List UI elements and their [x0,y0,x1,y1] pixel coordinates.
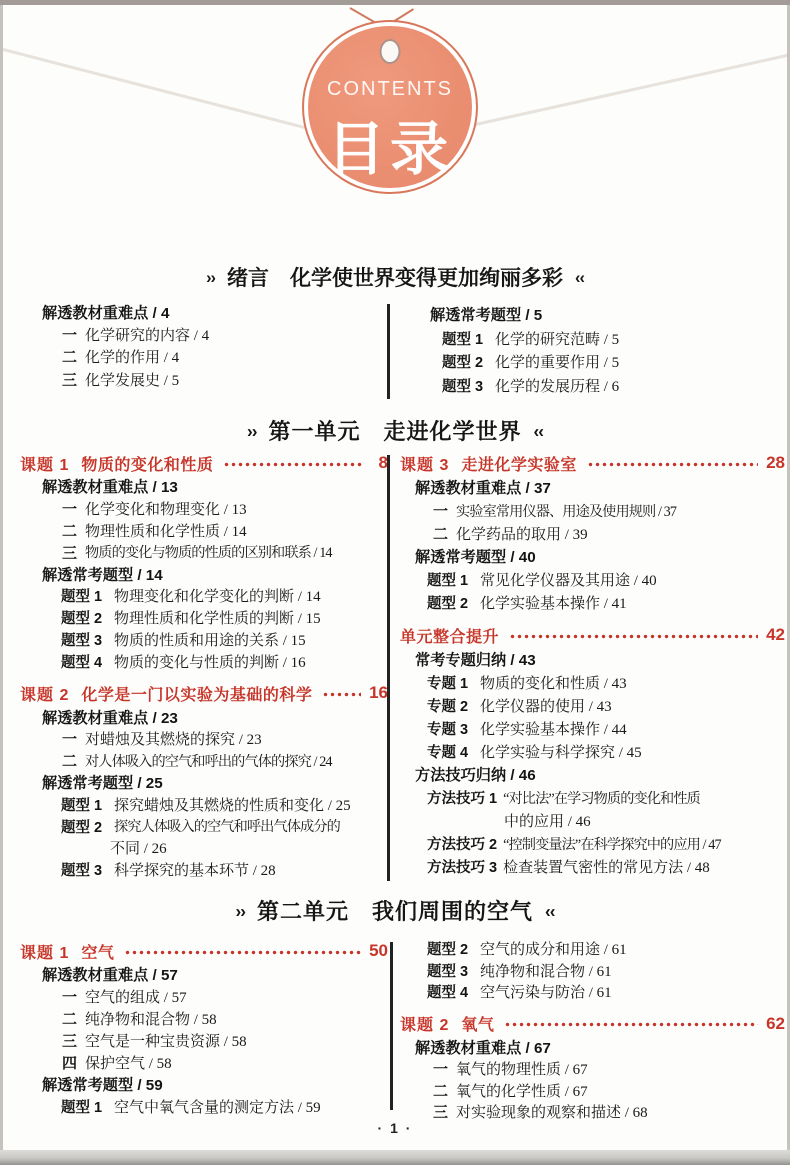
toc-entry-row: 专题 1物质的变化和性质 / 43 [400,671,785,694]
toc-entry-row: 专题 4化学实验与科学探究 / 45 [400,740,785,763]
toc-chapter-row: 单元整合提升42 [400,622,785,648]
chevron-open-icon: ›› [236,901,245,921]
chapter-page-number: 16 [369,683,388,703]
toc-entry-row: 三空气是一种宝贵资源 / 58 [20,1030,388,1052]
toc-heading-row: 解透常考题型 / 5 [415,303,787,327]
toc-entry-row: 一空气的组成 / 57 [20,986,388,1008]
entry-text: 氧气的化学性质 / 67 [456,1080,588,1101]
chevron-close-icon: ‹‹ [534,421,543,441]
toc-heading-row: 解透常考题型 / 14 [20,563,388,585]
entry-text: 物理性质和化学性质 / 14 [85,520,247,541]
entry-marker: 一 [62,324,83,345]
entry-text: 常见化学仪器及其用途 / 40 [480,569,657,590]
toc-heading-row: 解透教材重难点 / 13 [20,476,388,498]
toc-entry-row: 题型 3物质的性质和用途的关系 / 15 [20,629,388,651]
chapter-page-number: 50 [369,941,388,961]
chapter-page-number: 8 [372,453,388,473]
chapter-label: 课题 2 [20,682,69,705]
toc-entry-row: 题型 1化学的研究范畴 / 5 [415,327,787,351]
column-divider-unit1 [387,455,390,881]
entry-text: 检查装置气密性的常见方法 / 48 [503,856,710,877]
entry-text: 化学的发展历程 / 6 [495,375,619,396]
section-title-unit2: ››第二单元 我们周围的空气‹‹ [3,895,787,926]
badge-mulu-title: 目录 [308,102,472,186]
entry-text: 对蜡烛及其燃烧的探究 / 23 [85,728,262,749]
photo-edge-bottom [0,1150,790,1165]
section-title-intro: ››绪言 化学使世界变得更加绚丽多彩‹‹ [3,262,787,292]
entry-marker: 题型 1 [427,569,474,590]
entry-marker: 专题 1 [427,672,474,693]
dotted-leader [322,692,361,697]
entry-marker: 题型 1 [61,794,108,815]
toc-entry-row: 题型 1空气中氧气含量的测定方法 / 59 [20,1095,388,1117]
toc-entry-row: 三物质的变化与物质的性质的区别和联系 / 14 [20,541,388,563]
entry-marker: 题型 2 [427,592,474,613]
toc-entry-row: 一实验室常用仪器、用途及使用规则 / 37 [400,499,785,522]
heading-text: 常考专题归纳 / 43 [415,649,536,670]
toc-column-intro-right: 解透常考题型 / 5题型 1化学的研究范畴 / 5题型 2化学的重要作用 / 5… [415,303,787,397]
heading-text: 解透教材重难点 / 67 [415,1037,551,1058]
toc-column-unit2-left: 课题 1空气50解透教材重难点 / 57一空气的组成 / 57二纯净物和混合物 … [20,938,388,1117]
toc-entry-row: 题型 4物质的变化与性质的判断 / 16 [20,650,388,672]
entry-marker: 题型 3 [61,859,108,880]
chapter-page-number: 28 [766,453,785,473]
entry-marker: 题型 2 [61,607,108,628]
entry-marker: 二 [62,520,83,541]
entry-text: 化学的作用 / 4 [85,346,179,367]
entry-marker: 专题 4 [427,741,474,762]
toc-entry-row: 题型 1常见化学仪器及其用途 / 40 [400,568,785,591]
entry-marker: 二 [433,1080,454,1101]
toc-entry-row: 一氧气的物理性质 / 67 [400,1058,785,1080]
chapter-page-number: 42 [766,625,785,645]
chapter-title: 氧气 [461,1012,494,1035]
entry-marker: 三 [62,369,83,390]
entry-text: 化学发展史 / 5 [85,369,179,390]
entry-marker: 三 [62,542,83,563]
toc-heading-row: 解透教材重难点 / 57 [20,964,388,986]
entry-marker: 一 [433,500,454,521]
entry-marker: 题型 1 [442,328,489,349]
dotted-leader [124,950,361,955]
entry-text: 化学研究的内容 / 4 [85,324,209,345]
page-number: · 1 · [3,1120,787,1136]
heading-text: 解透教材重难点 / 4 [42,302,169,323]
toc-entry-row: 二化学的作用 / 4 [20,346,385,368]
chapter-title: 走进化学实验室 [461,452,577,475]
toc-entry-row: 题型 2化学实验基本操作 / 41 [400,591,785,614]
entry-text: 空气的成分和用途 / 61 [480,938,627,959]
heading-text: 解透教材重难点 / 57 [42,964,178,985]
entry-text-continued: 不同 / 26 [110,837,167,858]
entry-text: 空气是一种宝贵资源 / 58 [85,1030,247,1051]
toc-chapter-row: 课题 1空气50 [20,938,388,964]
entry-text: 物理变化和化学变化的判断 / 14 [114,585,321,606]
chevron-close-icon: ‹‹ [545,901,554,921]
toc-column-intro-left: 解透教材重难点 / 4一化学研究的内容 / 4二化学的作用 / 4三化学发展史 … [20,301,385,391]
entry-text: “对比法”在学习物质的变化和性质 [503,788,700,808]
contents-badge-inner: CONTENTS 目录 [308,26,472,188]
chapter-label: 课题 1 [20,452,69,475]
toc-entry-row: 二纯净物和混合物 / 58 [20,1008,388,1030]
chapter-label: 课题 1 [20,940,69,963]
entry-text: 氧气的物理性质 / 67 [456,1058,588,1079]
entry-text: 探究蜡烛及其燃烧的性质和变化 / 25 [114,794,351,815]
section-title-unit2-text: 第二单元 我们周围的空气 [257,899,533,924]
entry-marker: 题型 3 [61,629,108,650]
entry-marker: 四 [62,1052,83,1073]
toc-chapter-row: 课题 2化学是一门以实验为基础的科学16 [20,680,388,706]
badge-hole-icon [380,39,401,64]
entry-text: 空气污染与防治 / 61 [480,981,612,1002]
entry-text: 化学实验基本操作 / 41 [480,592,627,613]
chapter-title: 物质的变化和性质 [81,452,213,475]
section-title-intro-text: 绪言 化学使世界变得更加绚丽多彩 [227,267,563,290]
entry-text: 化学药品的取用 / 39 [456,523,588,544]
envelope-flap-line-right [462,51,787,129]
entry-text: 纯净物和混合物 / 58 [85,1008,217,1029]
toc-entry-row: 方法技巧 1“对比法”在学习物质的变化和性质 [400,786,785,809]
dotted-leader [223,462,364,467]
toc-entry-row: 专题 3化学实验基本操作 / 44 [400,717,785,740]
toc-heading-row: 解透教材重难点 / 23 [20,706,388,728]
toc-entry-row: 二对人体吸入的空气和呼出的气体的探究 / 24 [20,750,388,772]
heading-text: 解透常考题型 / 40 [415,546,536,567]
entry-text: 对人体吸入的空气和呼出的气体的探究 / 24 [85,751,332,771]
entry-marker: 二 [62,750,83,771]
heading-text: 解透教材重难点 / 13 [42,476,178,497]
entry-marker: 题型 4 [427,981,474,1002]
entry-marker: 专题 3 [427,718,474,739]
toc-entry-row: 二物理性质和化学性质 / 14 [20,520,388,542]
entry-marker: 题型 2 [427,938,474,959]
toc-column-unit1-left: 课题 1物质的变化和性质8解透教材重难点 / 13一化学变化和物理变化 / 13… [20,450,388,881]
dotted-leader [587,462,758,467]
toc-entry-row: 方法技巧 2“控制变量法”在科学探究中的应用 / 47 [400,832,785,855]
toc-heading-row: 解透常考题型 / 40 [400,545,785,568]
entry-text: 化学实验与科学探究 / 45 [480,741,642,762]
entry-text: 保护空气 / 58 [85,1052,172,1073]
toc-entry-row: 一化学变化和物理变化 / 13 [20,498,388,520]
entry-text: 化学实验基本操作 / 44 [480,718,627,739]
toc-entry-row: 一对蜡烛及其燃烧的探究 / 23 [20,728,388,750]
entry-marker: 二 [433,523,454,544]
toc-entry-row: 题型 2化学的重要作用 / 5 [415,350,787,374]
chevron-open-icon: ›› [247,421,256,441]
toc-heading-row: 解透教材重难点 / 67 [400,1037,785,1059]
toc-entry-row: 题型 2空气的成分和用途 / 61 [400,938,785,960]
toc-chapter-row: 课题 2氧气62 [400,1011,785,1037]
heading-text: 解透常考题型 / 59 [42,1074,163,1095]
entry-marker: 题型 4 [61,651,108,672]
entry-text: 物质的变化和性质 / 43 [480,672,627,693]
entry-text: 化学变化和物理变化 / 13 [85,498,247,519]
toc-entry-row: 题型 1探究蜡烛及其燃烧的性质和变化 / 25 [20,793,388,815]
entry-marker: 方法技巧 1 [427,787,497,808]
entry-text: 探究人体吸入的空气和呼出气体成分的 [114,816,340,836]
toc-entry-row: 题型 3科学探究的基本环节 / 28 [20,859,388,881]
entry-text: 化学的重要作用 / 5 [495,351,619,372]
heading-text: 解透教材重难点 / 37 [415,477,551,498]
toc-entry-row: 方法技巧 3检查装置气密性的常见方法 / 48 [400,855,785,878]
toc-entry-row: 三化学发展史 / 5 [20,368,385,390]
chapter-title: 单元整合提升 [400,624,499,647]
badge-contents-label: CONTENTS [308,78,472,101]
entry-text: “控制变量法”在科学探究中的应用 / 47 [503,834,721,854]
contents-badge: CONTENTS 目录 [302,20,478,194]
toc-entry-row: 题型 3化学的发展历程 / 6 [415,374,787,398]
heading-text: 解透常考题型 / 14 [42,564,163,585]
heading-text: 方法技巧归纳 / 46 [415,764,536,785]
entry-marker: 题型 1 [61,1096,108,1117]
toc-heading-row: 解透常考题型 / 25 [20,772,388,794]
column-divider-unit2 [390,942,393,1110]
entry-marker: 题型 2 [61,816,108,837]
entry-text: 纯净物和混合物 / 61 [480,960,612,981]
section-title-unit1: ››第一单元 走进化学世界‹‹ [3,415,787,446]
toc-heading-row: 解透教材重难点 / 37 [400,476,785,499]
toc-entry-row: 题型 2探究人体吸入的空气和呼出气体成分的 [20,815,388,837]
entry-text: 空气的组成 / 57 [85,986,187,1007]
envelope-flap-line-left [3,48,328,135]
entry-marker: 一 [62,728,83,749]
dotted-leader [504,1022,758,1027]
entry-text: 实验室常用仪器、用途及使用规则 / 37 [456,501,676,521]
toc-chapter-row: 课题 3走进化学实验室28 [400,450,785,476]
entry-text-continued: 中的应用 / 46 [504,810,591,831]
entry-marker: 一 [433,1058,454,1079]
entry-marker: 题型 1 [61,585,108,606]
entry-marker: 方法技巧 2 [427,833,497,854]
entry-marker: 题型 3 [442,375,489,396]
chapter-label: 课题 2 [400,1012,449,1035]
entry-marker: 三 [62,1030,83,1051]
entry-text: 物质的变化与性质的判断 / 16 [114,651,306,672]
heading-text: 解透常考题型 / 25 [42,772,163,793]
toc-entry-row: 题型 4空气污染与防治 / 61 [400,981,785,1003]
toc-chapter-row: 课题 1物质的变化和性质8 [20,450,388,476]
column-divider-intro [387,304,390,399]
entry-text: 物理性质和化学性质的判断 / 15 [114,607,321,628]
entry-marker: 二 [62,346,83,367]
toc-heading-row: 解透常考题型 / 59 [20,1073,388,1095]
toc-entry-row: 题型 2物理性质和化学性质的判断 / 15 [20,607,388,629]
toc-column-unit1-right: 课题 3走进化学实验室28解透教材重难点 / 37一实验室常用仪器、用途及使用规… [400,450,785,878]
chevron-close-icon: ‹‹ [575,269,584,287]
chapter-title: 空气 [81,940,114,963]
chapter-page-number: 62 [766,1014,785,1034]
heading-text: 解透常考题型 / 5 [430,304,542,325]
entry-text: 物质的变化与物质的性质的区别和联系 / 14 [85,542,332,562]
entry-text: 科学探究的基本环节 / 28 [114,859,276,880]
chapter-title: 化学是一门以实验为基础的科学 [81,682,312,705]
toc-wrap-row: 不同 / 26 [20,837,388,859]
toc-entry-row: 四保护空气 / 58 [20,1052,388,1074]
heading-text: 解透教材重难点 / 23 [42,707,178,728]
chapter-label: 课题 3 [400,452,449,475]
entry-marker: 题型 2 [442,351,489,372]
toc-entry-row: 题型 3纯净物和混合物 / 61 [400,960,785,982]
toc-heading-row: 方法技巧归纳 / 46 [400,763,785,786]
entry-text: 物质的性质和用途的关系 / 15 [114,629,306,650]
entry-marker: 一 [62,986,83,1007]
entry-text: 化学的研究范畴 / 5 [495,328,619,349]
dotted-leader [509,634,758,639]
section-title-unit1-text: 第一单元 走进化学世界 [268,419,521,444]
toc-entry-row: 一化学研究的内容 / 4 [20,323,385,345]
toc-heading-row: 解透教材重难点 / 4 [20,301,385,323]
toc-entry-row: 专题 2化学仪器的使用 / 43 [400,694,785,717]
entry-marker: 方法技巧 3 [427,856,497,877]
toc-wrap-row: 中的应用 / 46 [400,809,785,832]
toc-column-unit2-right: 题型 2空气的成分和用途 / 61题型 3纯净物和混合物 / 61题型 4空气污… [400,938,785,1123]
entry-text: 空气中氧气含量的测定方法 / 59 [114,1096,321,1117]
entry-text: 化学仪器的使用 / 43 [480,695,612,716]
toc-entry-row: 二化学药品的取用 / 39 [400,522,785,545]
book-page: CONTENTS 目录 ››绪言 化学使世界变得更加绚丽多彩‹‹ 解透教材重难点… [3,5,787,1150]
entry-marker: 专题 2 [427,695,474,716]
toc-heading-row: 常考专题归纳 / 43 [400,648,785,671]
toc-entry-row: 二氧气的化学性质 / 67 [400,1080,785,1102]
chevron-open-icon: ›› [206,269,215,287]
entry-marker: 二 [62,1008,83,1029]
entry-marker: 题型 3 [427,960,474,981]
toc-entry-row: 题型 1物理变化和化学变化的判断 / 14 [20,585,388,607]
entry-marker: 一 [62,498,83,519]
